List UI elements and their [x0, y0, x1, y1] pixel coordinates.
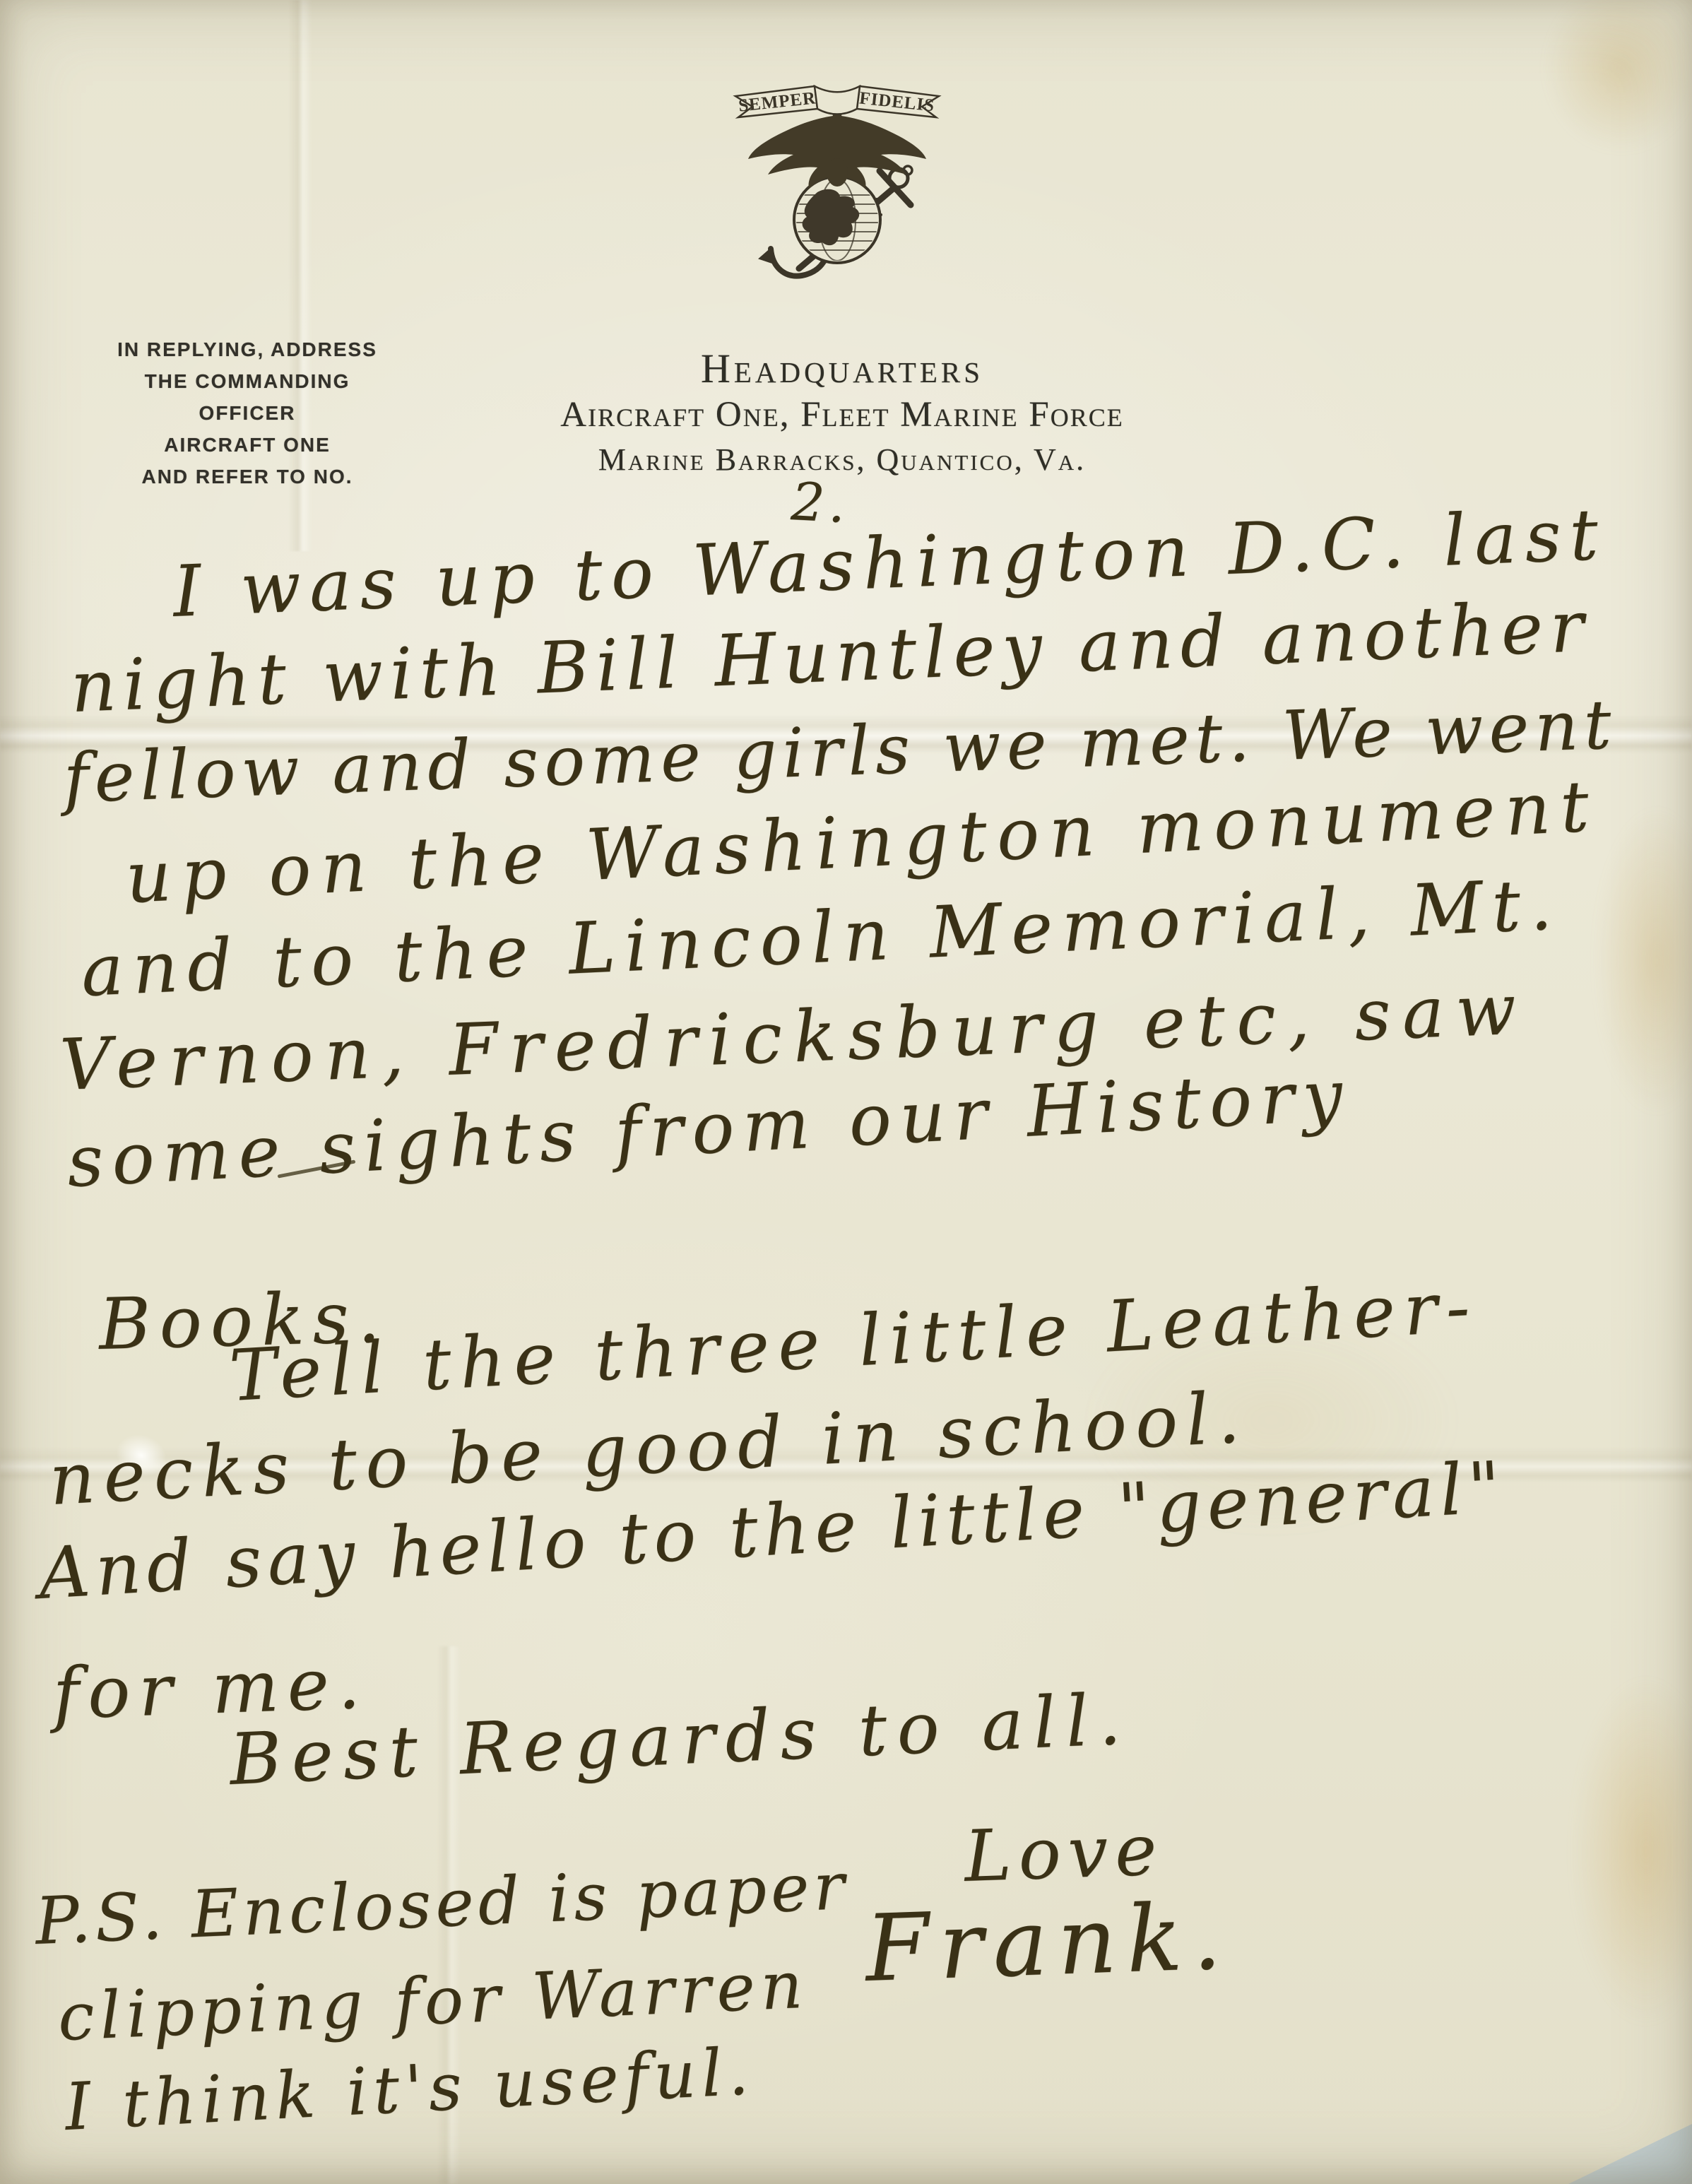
- letterhead-title: Headquarters: [524, 348, 1160, 390]
- reply-line: AIRCRAFT ONE: [99, 429, 396, 461]
- postscript-line-3: I think it's useful.: [63, 2038, 755, 2142]
- letterhead-unit: Aircraft One, Fleet Marine Force: [524, 393, 1160, 437]
- age-stain-bottom-right: [1544, 1611, 1692, 2091]
- postscript-line-1: P.S. Enclosed is paper: [34, 1853, 850, 1956]
- reply-line: THE COMMANDING OFFICER: [99, 365, 396, 429]
- reply-line: AND REFER TO NO.: [99, 461, 396, 492]
- scanned-letter-page: SEMPER FIDELIS IN REPLYING, ADDRESS THE …: [0, 0, 1692, 2184]
- valediction: Love: [963, 1812, 1165, 1894]
- reply-instruction-block: IN REPLYING, ADDRESS THE COMMANDING OFFI…: [99, 333, 396, 492]
- clipped-corner-bottom-right: [1568, 2124, 1692, 2184]
- semper-fidelis-banner: SEMPER FIDELIS: [735, 86, 939, 117]
- banner-text-semper: SEMPER: [738, 88, 817, 115]
- signature: Frank.: [864, 1888, 1233, 1997]
- usmc-eagle-globe-anchor-emblem: SEMPER FIDELIS: [731, 68, 943, 301]
- age-stain-top-right: [1515, 0, 1692, 184]
- banner-text-fidelis: FIDELIS: [858, 89, 935, 116]
- globe-icon: [794, 177, 880, 263]
- headquarters-block: Headquarters Aircraft One, Fleet Marine …: [524, 348, 1160, 479]
- reply-line: IN REPLYING, ADDRESS: [99, 333, 396, 365]
- letter-line-9: Tell the three little Leather-: [227, 1269, 1480, 1413]
